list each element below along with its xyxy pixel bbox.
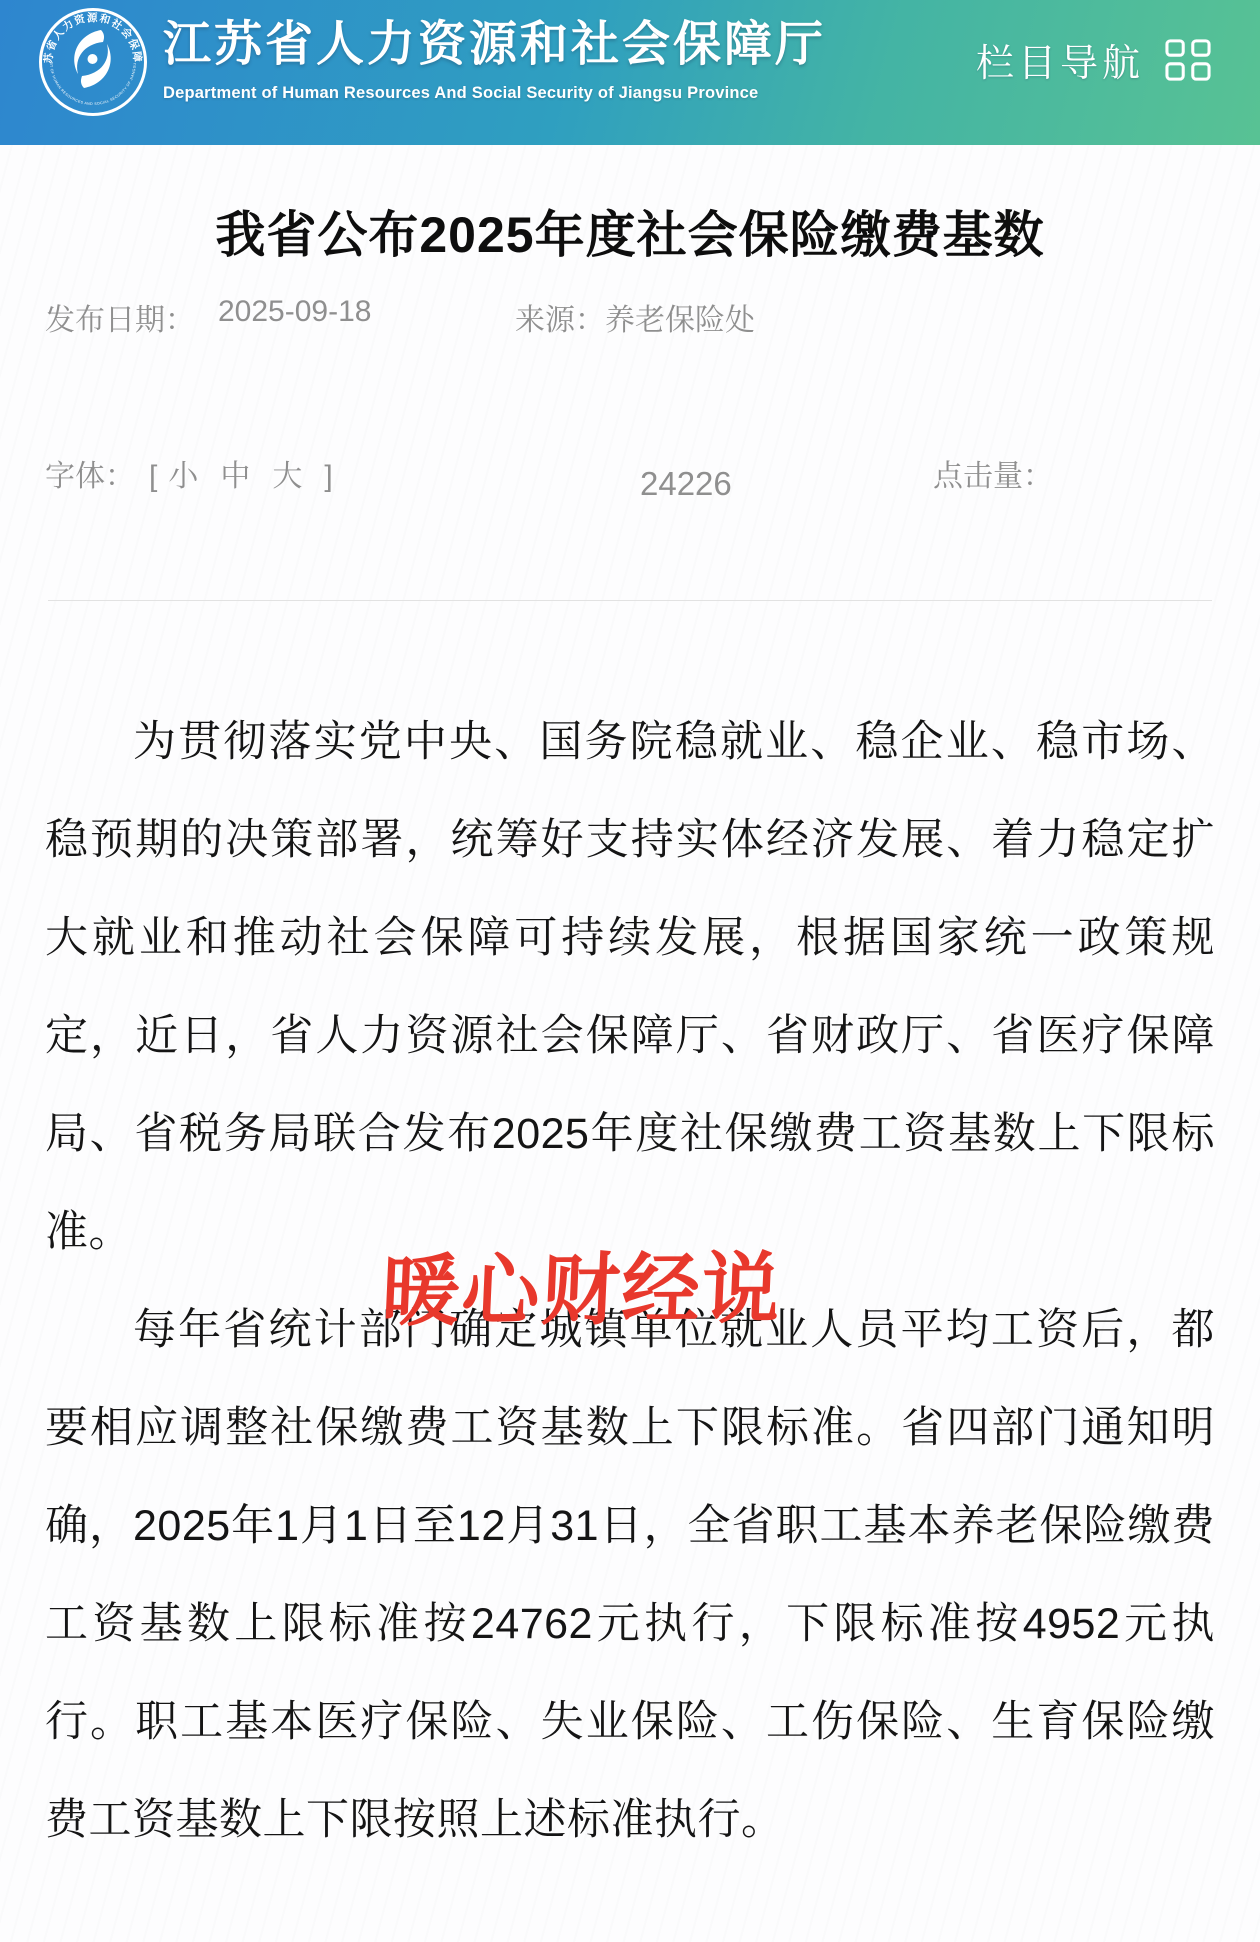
article-meta: 发布日期： 2025-09-18 来源：养老保险处 字体：[小中大] 24226… xyxy=(40,295,1220,495)
meta-row-2: 字体：[小中大] 24226 点击量： xyxy=(40,451,1220,495)
hit-count-value: 24226 xyxy=(640,465,732,503)
site-header: 江苏省人力资源和社会保障厅 DEPARTMENT OF HUMAN RESOUR… xyxy=(0,0,1260,145)
article-body: 为贯彻落实党中央、国务院稳就业、稳企业、稳市场、稳预期的决策部署，统筹好支持实体… xyxy=(45,693,1215,1869)
org-seal-icon: 江苏省人力资源和社会保障厅 DEPARTMENT OF HUMAN RESOUR… xyxy=(38,7,148,117)
font-size-label: 字体： xyxy=(45,460,135,493)
meta-divider xyxy=(48,600,1212,601)
org-name-cn: 江苏省人力资源和社会保障厅 xyxy=(163,16,826,74)
font-size-large-button[interactable]: 大 xyxy=(272,451,302,495)
font-size-control: 字体：[小中大] xyxy=(45,451,333,495)
font-bracket-open: [ xyxy=(149,460,157,494)
grid-menu-icon xyxy=(1164,38,1212,82)
source-value: 来源：养老保险处 xyxy=(515,295,755,339)
font-size-small-button[interactable]: 小 xyxy=(168,451,198,495)
hit-count-label: 点击量： xyxy=(933,451,1053,495)
font-size-medium-button[interactable]: 中 xyxy=(220,451,250,495)
publish-date-label: 发布日期： xyxy=(45,295,195,339)
article-page: 我省公布2025年度社会保险缴费基数 发布日期： 2025-09-18 来源：养… xyxy=(0,205,1260,1869)
page: 江苏省人力资源和社会保障厅 DEPARTMENT OF HUMAN RESOUR… xyxy=(0,0,1260,1942)
org-name-en: Department of Human Resources And Social… xyxy=(163,84,826,103)
paragraph-1: 为贯彻落实党中央、国务院稳就业、稳企业、稳市场、稳预期的决策部署，统筹好支持实体… xyxy=(45,693,1215,1281)
column-nav-button[interactable]: 栏目导航 xyxy=(976,32,1212,87)
article-title: 我省公布2025年度社会保险缴费基数 xyxy=(40,205,1220,265)
column-nav-label: 栏目导航 xyxy=(976,32,1144,87)
org-logo[interactable]: 江苏省人力资源和社会保障厅 DEPARTMENT OF HUMAN RESOUR… xyxy=(38,7,148,117)
meta-row-1: 发布日期： 2025-09-18 来源：养老保险处 xyxy=(40,295,1220,339)
paragraph-2: 每年省统计部门确定城镇单位就业人员平均工资后，都要相应调整社保缴费工资基数上下限… xyxy=(45,1281,1215,1869)
font-bracket-close: ] xyxy=(324,460,332,494)
seal-emblem-swoosh xyxy=(74,30,110,88)
publish-date-value: 2025-09-18 xyxy=(218,295,371,329)
org-name-block: 江苏省人力资源和社会保障厅 Department of Human Resour… xyxy=(163,16,826,103)
